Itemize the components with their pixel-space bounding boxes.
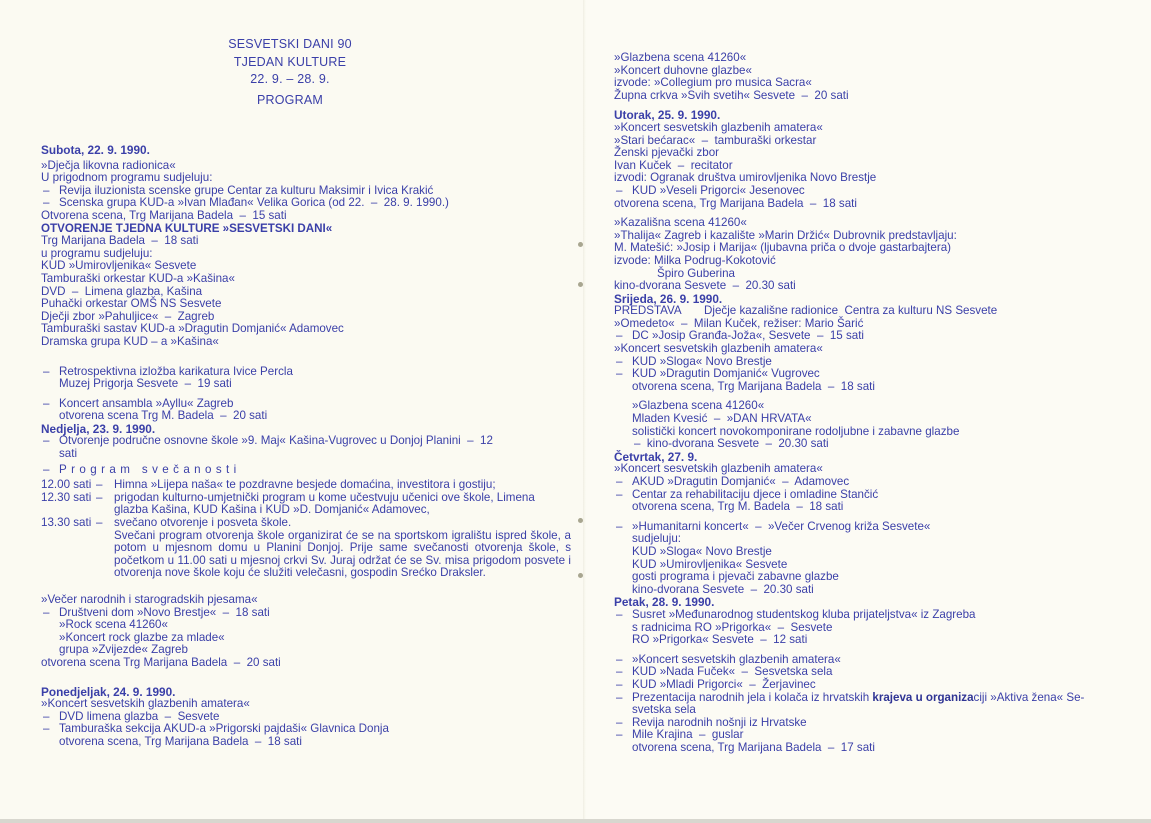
program-label: PROGRAM: [190, 92, 390, 110]
event-line: PREDSTAVADječje kazališne radionice Cent…: [614, 305, 1134, 318]
event-title: »Koncert sesvetskih glazbenih amatera«: [614, 343, 1134, 356]
show-label: PREDSTAVA: [614, 305, 704, 318]
text-run: ciji »Aktiva žena« Se-: [974, 691, 1085, 704]
performer: KUD »Dragutin Domjanić« Vugrovec: [614, 368, 1134, 381]
schedule-row: 12.30 sati – prigodan kulturno-umjetničk…: [41, 492, 571, 517]
performer: AKUD »Dragutin Domjanić« – Adamovec: [614, 476, 1134, 489]
performer: KUD »Veseli Prigorci« Jesenovec: [614, 185, 1134, 198]
day-sunday: Nedjelja, 23. 9. 1990. Otvorenje područn…: [41, 423, 571, 670]
event-title: »Kazališna scena 41260«: [614, 217, 1134, 230]
event-title: »Humanitarni koncert« – »Večer Crvenog k…: [614, 521, 1134, 534]
schedule-text: svečano otvorenje i posveta škole.: [114, 517, 571, 530]
event-venue: otvorena scena, Trg M. Badela – 18 sati: [614, 501, 1134, 514]
event-title: »Večer narodnih i starogradskih pjesama«: [41, 594, 571, 607]
title-line: SESVETSKI DANI 90: [190, 36, 390, 54]
day-thursday: Četvrtak, 27. 9. »Koncert sesvetskih gla…: [614, 451, 1134, 597]
scan-edge: [0, 819, 1151, 823]
ceremony-paragraph: Svečani program otvorenja škole organizi…: [41, 530, 571, 580]
program-heading: Program svečanosti: [41, 464, 571, 477]
event-item-cont: svetska sela: [614, 704, 1134, 717]
schedule-row: 13.30 sati – svečano otvorenje i posveta…: [41, 517, 571, 530]
event-title: »Koncert sesvetskih glazbenih amatera«: [614, 122, 1134, 135]
event-venue: Trg Marijana Badela – 18 sati: [41, 235, 571, 248]
day-tuesday: Utorak, 25. 9. 1990. »Koncert sesvetskih…: [614, 109, 1134, 292]
left-column: Subota, 22. 9. 1990. »Dječja likovna rad…: [41, 144, 571, 749]
event-venue: otvorena scena, Trg Marijana Badela – 17…: [614, 742, 1134, 755]
event-title: »Koncert sesvetskih glazbenih amatera«: [41, 698, 571, 711]
event-title: »Glazbena scena 41260«: [614, 52, 1134, 65]
performer: Mladen Kvesić – »DAN HRVATA«: [614, 413, 1134, 426]
staple-mark: [578, 282, 583, 287]
event-venue: otvorena scena, Trg Marijana Badela – 18…: [614, 198, 1134, 211]
performer: Mile Krajina – guslar: [614, 729, 1134, 742]
performer: izvode: »Collegium pro musica Sacra«: [614, 77, 1134, 90]
schedule-time: 12.00 sati: [41, 479, 96, 492]
dash: –: [96, 479, 114, 492]
staple-mark: [578, 518, 583, 523]
schedule-row: 12.00 sati – Himna »Lijepa naša« te pozd…: [41, 479, 571, 492]
dash: –: [96, 517, 114, 530]
subtitle-line: TJEDAN KULTURE: [190, 54, 390, 72]
event-item-cont: sati: [41, 448, 571, 461]
day-friday: Petak, 28. 9. 1990. Susret »Međunarodnog…: [614, 596, 1134, 754]
event-venue: otvorena scena Trg M. Badela – 20 sati: [41, 410, 571, 423]
document-title: SESVETSKI DANI 90 TJEDAN KULTURE 22. 9. …: [190, 36, 390, 109]
day-monday: Ponedjeljak, 24. 9. 1990. »Koncert sesve…: [41, 686, 571, 749]
date-range: 22. 9. – 28. 9.: [190, 71, 390, 89]
page-fold: [583, 0, 586, 823]
performer: izvode: Milka Podrug-Kokotović: [614, 255, 1134, 268]
event-venue: otvorena scena, Trg Marijana Badela – 18…: [614, 381, 1134, 394]
right-column: »Glazbena scena 41260« »Koncert duhovne …: [614, 52, 1134, 754]
event-line: U prigodnom programu sudjeluju:: [41, 172, 571, 185]
day-wednesday: Srijeda, 26. 9. 1990. PREDSTAVADječje ka…: [614, 293, 1134, 451]
monday-continued: »Glazbena scena 41260« »Koncert duhovne …: [614, 52, 1134, 102]
event-venue: – kino-dvorana Sesvete – 20.30 sati: [614, 438, 1134, 451]
schedule-time: 13.30 sati: [41, 517, 96, 530]
performer: Puhački orkestar OMŠ NS Sesvete: [41, 298, 571, 311]
event-title: »Rock scena 41260«: [41, 619, 571, 632]
show-organizer: Dječje kazališne radionice Centra za kul…: [704, 304, 997, 317]
event-venue: RO »Prigorka« Sesvete – 12 sati: [614, 634, 1134, 647]
dash: –: [96, 492, 114, 517]
event-venue: kino-dvorana Sesvete – 20.30 sati: [614, 280, 1134, 293]
staple-mark: [578, 242, 583, 247]
schedule-time: 12.30 sati: [41, 492, 96, 517]
staple-mark: [578, 573, 583, 578]
performer: Dramska grupa KUD – a »Kašina«: [41, 336, 571, 349]
day-heading: Subota, 22. 9. 1990.: [41, 144, 571, 157]
text-run-bold: krajeva u organiza: [872, 691, 973, 704]
event-item: Susret »Međunarodnog studentskog kluba p…: [614, 609, 1134, 622]
event-venue: Muzej Prigorja Sesvete – 19 sati: [41, 378, 571, 391]
text-run: Prezentacija narodnih jela i kolača iz h…: [632, 691, 872, 704]
event-venue: otvorena scena Trg Marijana Badela – 20 …: [41, 657, 571, 670]
performer: Tamburaški orkestar KUD-a »Kašina«: [41, 273, 571, 286]
day-saturday: Subota, 22. 9. 1990. »Dječja likovna rad…: [41, 144, 571, 423]
performer: Ženski pjevački zbor: [614, 147, 1134, 160]
event-venue: Župna crkva »Svih svetih« Sesvete – 20 s…: [614, 90, 1134, 103]
schedule-text: prigodan kulturno-umjetnički program u k…: [114, 492, 571, 517]
event-venue: Otvorena scena, Trg Marijana Badela – 15…: [41, 210, 571, 223]
event-item: Otvorenje područne osnovne škole »9. Maj…: [41, 435, 571, 448]
schedule-text: Himna »Lijepa naša« te pozdravne besjede…: [114, 479, 571, 492]
performer: gosti programa i pjevači zabavne glazbe: [614, 571, 1134, 584]
schedule: 12.00 sati – Himna »Lijepa naša« te pozd…: [41, 479, 571, 529]
event-venue: otvorena scena, Trg Marijana Badela – 18…: [41, 736, 571, 749]
performer: KUD »Sloga« Novo Brestje: [614, 546, 1134, 559]
